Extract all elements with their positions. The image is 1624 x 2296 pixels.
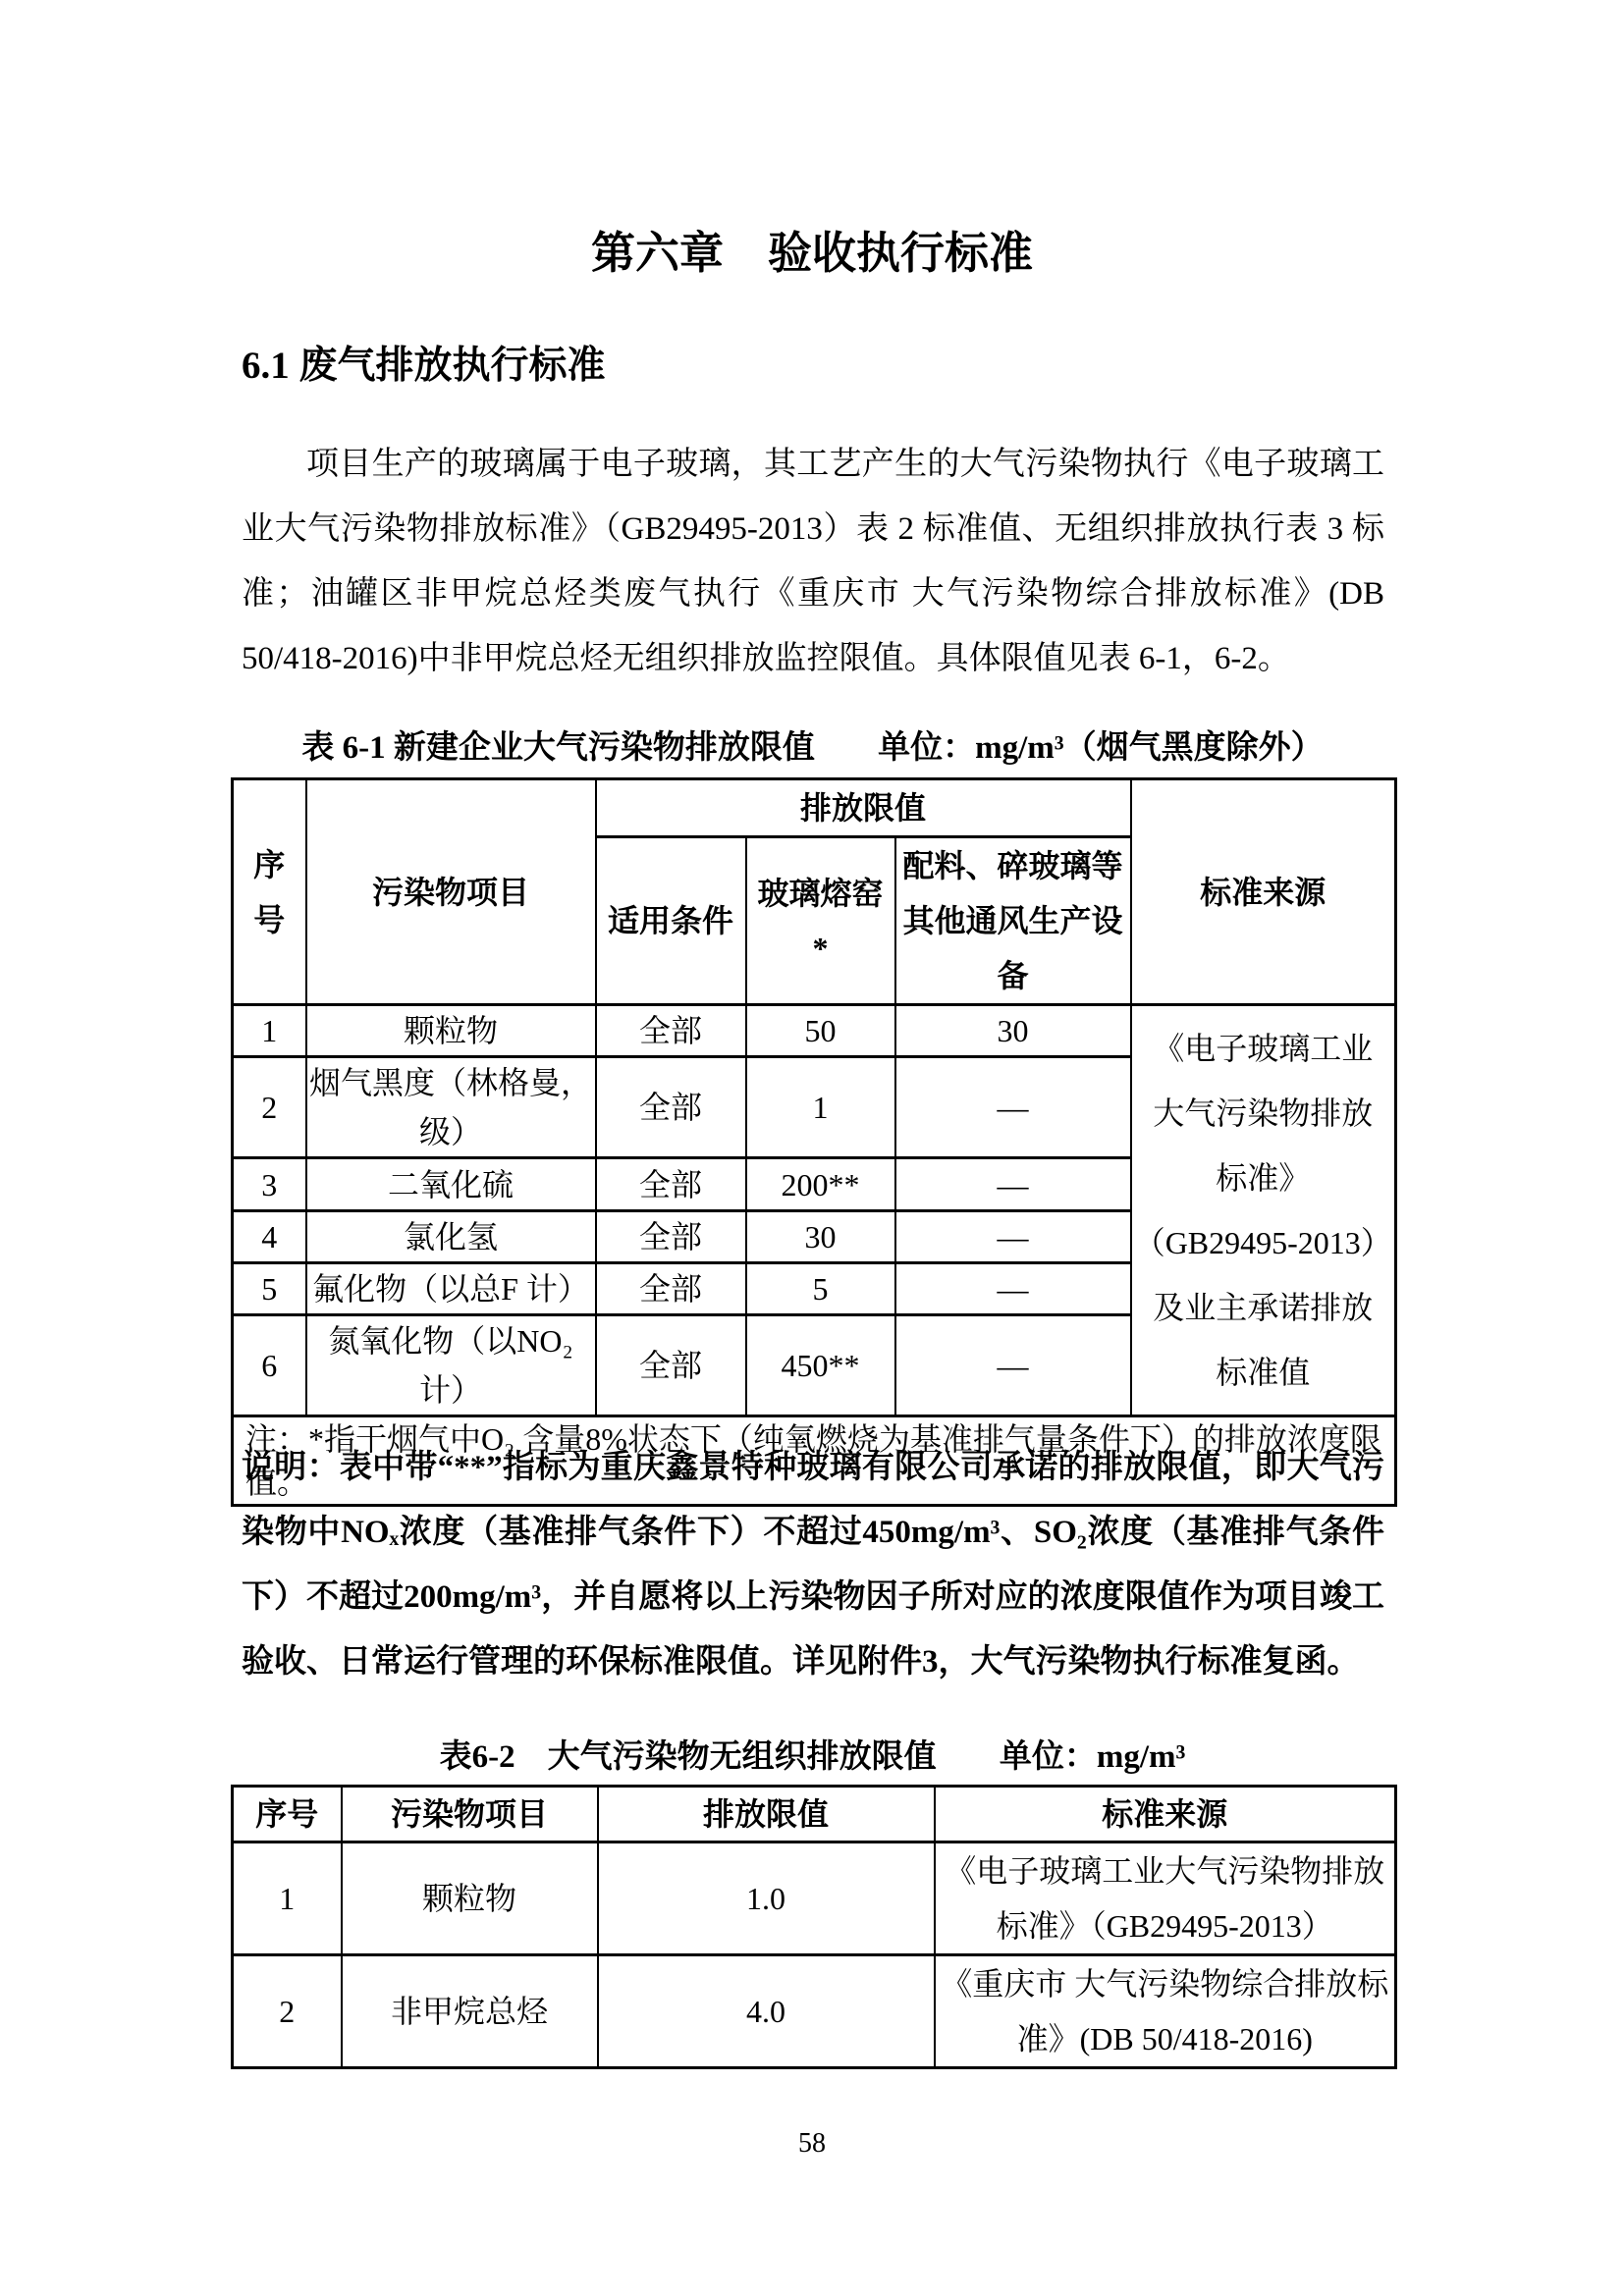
page-number: 58 xyxy=(0,2128,1624,2160)
t1-r2-item: 烟气黑度（林格曼， 级） xyxy=(306,1057,596,1158)
table2-caption-title: 表6-2 大气污染物无组织排放限值 xyxy=(440,1739,937,1775)
t1-r2-condition: 全部 xyxy=(596,1057,746,1158)
t2-r1-item: 颗粒物 xyxy=(342,1842,598,1955)
t2-header-source: 标准来源 xyxy=(935,1787,1396,1842)
t1-r4-item: 氯化氢 xyxy=(306,1211,596,1263)
t1-r1-other: 30 xyxy=(895,1005,1131,1057)
t2-r1-source: 《电子玻璃工业大气污染物排放 标准》（GB29495-2013） xyxy=(935,1842,1396,1955)
t1-r5-other: — xyxy=(895,1263,1131,1315)
t1-header-other: 配料、碎玻璃等 其他通风生产设 备 xyxy=(895,837,1131,1005)
t1-r3-condition: 全部 xyxy=(596,1158,746,1211)
t2-r2-source: 《重庆市 大气污染物综合排放标 准》(DB 50/418-2016) xyxy=(935,1955,1396,2068)
table-row: 2 非甲烷总烃 4.0 《重庆市 大气污染物综合排放标 准》(DB 50/418… xyxy=(233,1955,1396,2068)
t1-r1-condition: 全部 xyxy=(596,1005,746,1057)
t2-header-no: 序号 xyxy=(233,1787,342,1842)
table1-header-row-1: 序 号 污染物项目 排放限值 标准来源 xyxy=(233,779,1396,837)
t1-header-limit-group: 排放限值 xyxy=(596,779,1131,837)
t1-r3-no: 3 xyxy=(233,1158,306,1211)
t1-r5-no: 5 xyxy=(233,1263,306,1315)
table1-caption: 表 6-1 新建企业大气污染物排放限值 单位：mg/m³（烟气黑度除外） xyxy=(231,728,1394,768)
t1-header-no: 序 号 xyxy=(233,779,306,1005)
table1-caption-unit: 单位：mg/m³（烟气黑度除外） xyxy=(878,730,1324,766)
remark-paragraph: 说明：表中带“**”指标为重庆鑫景特种玻璃有限公司承诺的排放限值，即大气污染物中… xyxy=(242,1435,1384,1694)
t1-r1-no: 1 xyxy=(233,1005,306,1057)
t2-header-limit: 排放限值 xyxy=(598,1787,935,1842)
table2-header-row: 序号 污染物项目 排放限值 标准来源 xyxy=(233,1787,1396,1842)
table2-caption: 表6-2 大气污染物无组织排放限值 单位：mg/m³ xyxy=(231,1737,1394,1777)
t1-r3-item: 二氧化硫 xyxy=(306,1158,596,1211)
t1-r5-condition: 全部 xyxy=(596,1263,746,1315)
table-6-2: 序号 污染物项目 排放限值 标准来源 1 颗粒物 1.0 《电子玻璃工业大气污染… xyxy=(231,1785,1397,2069)
t1-r5-melter: 5 xyxy=(746,1263,895,1315)
chapter-title: 第六章 验收执行标准 xyxy=(0,226,1624,281)
t1-r2-no: 2 xyxy=(233,1057,306,1158)
intro-paragraph: 项目生产的玻璃属于电子玻璃，其工艺产生的大气污染物执行《电子玻璃工业大气污染物排… xyxy=(242,432,1384,691)
section-heading: 6.1 废气排放执行标准 xyxy=(242,342,606,391)
t1-r6-other: — xyxy=(895,1315,1131,1416)
t1-r2-other: — xyxy=(895,1057,1131,1158)
t1-header-melter: 玻璃熔窑 * xyxy=(746,837,895,1005)
t1-r6-condition: 全部 xyxy=(596,1315,746,1416)
t1-header-source: 标准来源 xyxy=(1131,779,1396,1005)
t1-source-merged-cell: 《电子玻璃工业 大气污染物排放 标准》 （GB29495-2013） 及业主承诺… xyxy=(1131,1005,1396,1416)
t2-r1-no: 1 xyxy=(233,1842,342,1955)
table-row: 1 颗粒物 全部 50 30 《电子玻璃工业 大气污染物排放 标准》 （GB29… xyxy=(233,1005,1396,1057)
document-page: 第六章 验收执行标准 6.1 废气排放执行标准 项目生产的玻璃属于电子玻璃，其工… xyxy=(0,0,1624,2296)
t1-r6-no: 6 xyxy=(233,1315,306,1416)
t2-r1-limit: 1.0 xyxy=(598,1842,935,1955)
t1-r6-melter: 450** xyxy=(746,1315,895,1416)
t1-r5-item: 氟化物（以总F 计） xyxy=(306,1263,596,1315)
t1-r1-melter: 50 xyxy=(746,1005,895,1057)
t1-header-condition: 适用条件 xyxy=(596,837,746,1005)
t1-r2-melter: 1 xyxy=(746,1057,895,1158)
table-row: 1 颗粒物 1.0 《电子玻璃工业大气污染物排放 标准》（GB29495-201… xyxy=(233,1842,1396,1955)
table1-caption-title: 表 6-1 新建企业大气污染物排放限值 xyxy=(301,730,815,766)
t2-r2-limit: 4.0 xyxy=(598,1955,935,2068)
t1-r1-item: 颗粒物 xyxy=(306,1005,596,1057)
t1-r4-melter: 30 xyxy=(746,1211,895,1263)
t2-r2-no: 2 xyxy=(233,1955,342,2068)
t1-header-item: 污染物项目 xyxy=(306,779,596,1005)
t1-r4-other: — xyxy=(895,1211,1131,1263)
t1-r3-melter: 200** xyxy=(746,1158,895,1211)
t1-r3-other: — xyxy=(895,1158,1131,1211)
t1-r4-no: 4 xyxy=(233,1211,306,1263)
t2-header-item: 污染物项目 xyxy=(342,1787,598,1842)
table-6-1: 序 号 污染物项目 排放限值 标准来源 适用条件 玻璃熔窑 * 配料、碎玻璃等 … xyxy=(231,777,1397,1507)
t2-r2-item: 非甲烷总烃 xyxy=(342,1955,598,2068)
table2-caption-unit: 单位：mg/m³ xyxy=(1000,1739,1186,1775)
t1-r4-condition: 全部 xyxy=(596,1211,746,1263)
t1-r6-item: 氮氧化物（以NO₂ 计） xyxy=(306,1315,596,1416)
